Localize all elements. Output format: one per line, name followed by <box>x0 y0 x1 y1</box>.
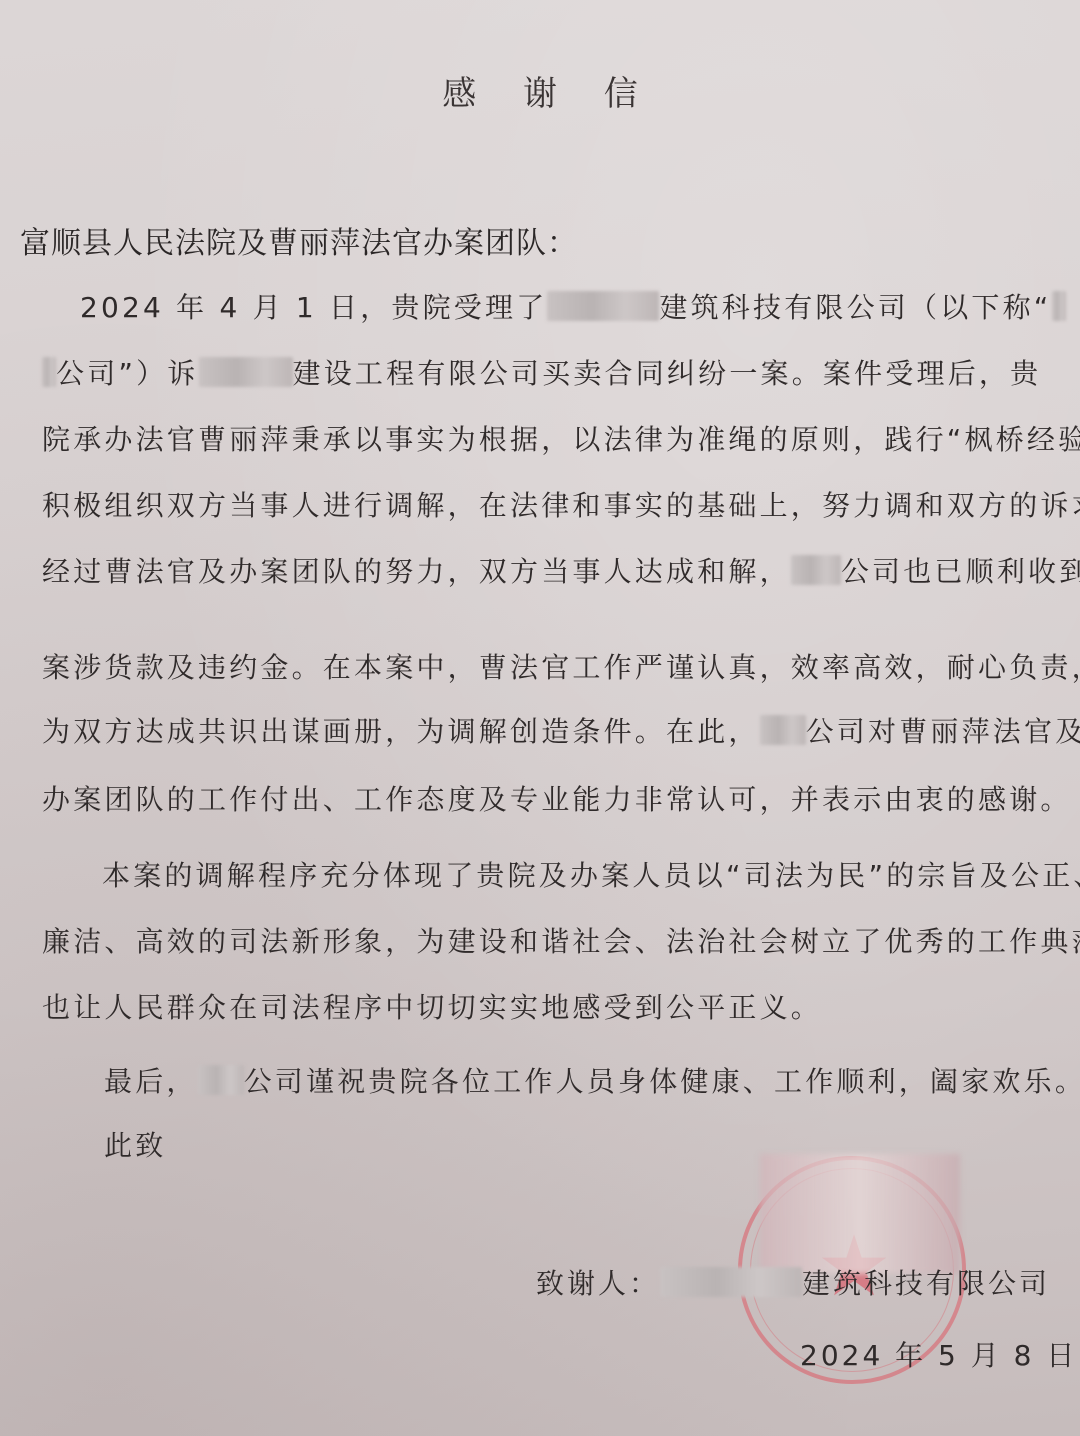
text-segment: 建设工程有限公司买卖合同纠纷一案。案件受理后，贵 <box>293 357 1042 390</box>
paragraph-2-line-1: 本案的调解程序充分体现了贵院及办案人员以“司法为民”的宗旨及公正、 <box>102 854 1080 894</box>
redacted-short-name <box>760 715 806 745</box>
paragraph-1-line-2: 公司”）诉建设工程有限公司买卖合同纠纷一案。案件受理后，贵 <box>42 352 1041 392</box>
redacted-company-name <box>660 1267 802 1297</box>
redacted-defendant-name <box>199 357 293 387</box>
text-segment: 2024 年 4 月 1 日，贵院受理了 <box>80 291 547 324</box>
redacted-company-name <box>547 291 659 321</box>
paragraph-1-line-6: 案涉货款及违约金。在本案中，曹法官工作严谨认真，效率高效，耐心负责， <box>42 646 1080 686</box>
paragraph-2-line-2: 廉洁、高效的司法新形象，为建设和谐社会、法治社会树立了优秀的工作典范， <box>42 920 1080 960</box>
paragraph-1-line-8: 办案团队的工作付出、工作态度及专业能力非常认可，并表示由衷的感谢。 <box>42 778 1072 818</box>
signer-label: 致谢人： <box>536 1267 660 1300</box>
text-segment: 公司谨祝贵院各位工作人员身体健康、工作顺利，阖家欢乐。 <box>244 1065 1080 1098</box>
redacted-short-name <box>198 1065 244 1095</box>
letter-date: 2024 年 5 月 8 日 <box>800 1334 1077 1374</box>
paragraph-1-line-4: 积极组织双方当事人进行调解，在法律和事实的基础上，努力调和双方的诉求， <box>42 484 1080 524</box>
closing: 此致 <box>104 1124 166 1164</box>
redacted-seal-text <box>760 1154 960 1274</box>
text-segment: 建筑科技有限公司（以下称“ <box>659 291 1051 324</box>
paragraph-1-line-7: 为双方达成共识出谋画册，为调解创造条件。在此，公司对曹丽萍法官及 <box>42 710 1080 750</box>
text-segment: 为双方达成共识出谋画册，为调解创造条件。在此， <box>42 715 760 748</box>
paragraph-1-line-1: 2024 年 4 月 1 日，贵院受理了建筑科技有限公司（以下称“ <box>80 286 1066 326</box>
signer-line: 致谢人：建筑科技有限公司 <box>536 1262 1050 1302</box>
redacted-short-name <box>791 555 841 585</box>
text-segment: 最后， <box>104 1065 198 1098</box>
paragraph-1-line-5: 经过曹法官及办案团队的努力，双方当事人达成和解，公司也已顺利收到 <box>42 550 1080 590</box>
redacted-short-name <box>1052 291 1066 321</box>
paragraph-1-line-3: 院承办法官曹丽萍秉承以事实为根据，以法律为准绳的原则，践行“枫桥经验”， <box>42 418 1080 458</box>
salutation: 富顺县人民法院及曹丽萍法官办案团队： <box>20 218 578 262</box>
letter-title: 感 谢 信 <box>0 66 1080 115</box>
text-segment: 公司对曹丽萍法官及 <box>806 715 1080 748</box>
text-segment: 公司”）诉 <box>56 357 199 390</box>
paragraph-3-line-1: 最后，公司谨祝贵院各位工作人员身体健康、工作顺利，阖家欢乐。 <box>104 1060 1080 1100</box>
paragraph-2-line-3: 也让人民群众在司法程序中切切实实地感受到公平正义。 <box>42 986 822 1026</box>
signer-company: 建筑科技有限公司 <box>802 1267 1050 1300</box>
text-segment: 经过曹法官及办案团队的努力，双方当事人达成和解， <box>42 555 791 588</box>
redacted-short-name <box>42 357 56 387</box>
text-segment: 公司也已顺利收到 <box>841 555 1080 588</box>
